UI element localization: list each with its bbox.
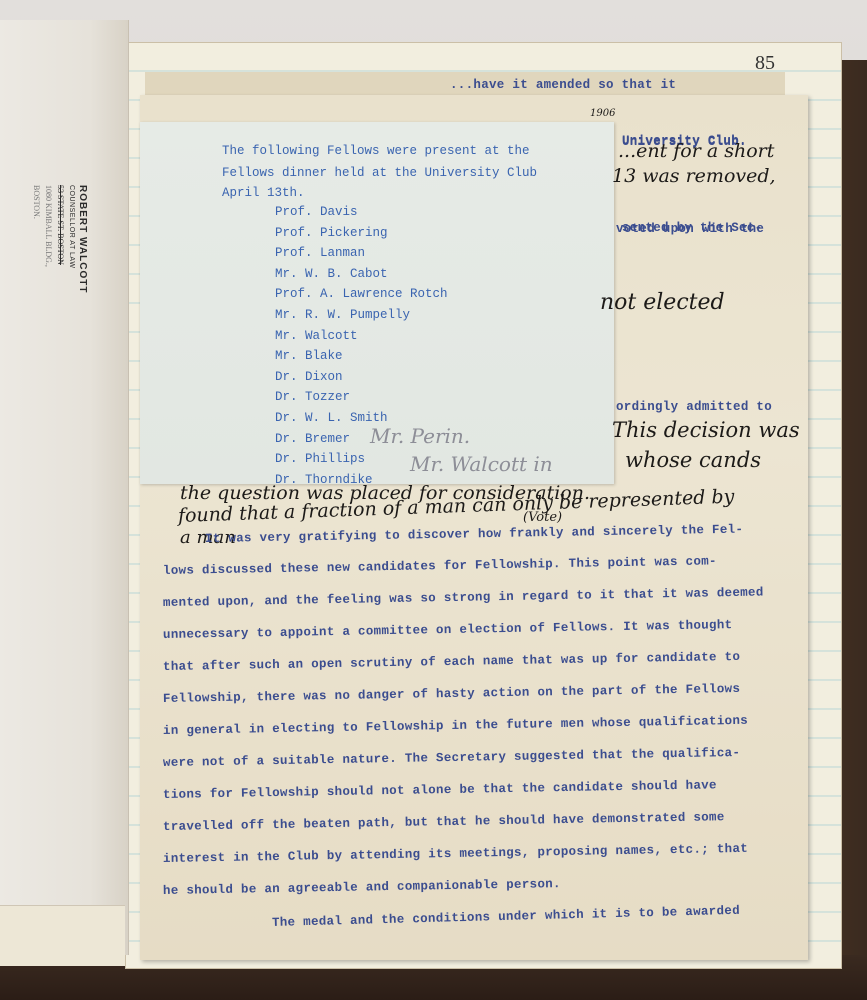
attendee: Dr. Dixon [275, 370, 448, 391]
handwritten-note: (Vote) [523, 510, 562, 525]
faint-handwriting: Mr. Perin. [370, 424, 470, 448]
letterhead-name: ROBERT WALCOTT [77, 185, 88, 345]
attendee-list: Prof. Davis Prof. Pickering Prof. Lanman… [275, 205, 448, 493]
letterhead-address: 1080 KIMBALL BLDG., [44, 185, 53, 345]
slip-intro-line: The following Fellows were present at th… [222, 144, 530, 158]
sheet-fragment: voted upon with the [616, 222, 764, 236]
torn-strip-text: ...have it amended so that it [450, 78, 676, 92]
attendee: Mr. R. W. Pumpelly [275, 308, 448, 329]
year-annotation: 1906 [590, 108, 615, 119]
slip-intro-line: Fellows dinner held at the University Cl… [222, 166, 537, 180]
attendee: Prof. Pickering [275, 226, 448, 247]
handwritten-note: whose cands [625, 448, 761, 472]
handwritten-note: ...ent for a short [618, 140, 774, 162]
faint-handwriting: Mr. Walcott in [410, 452, 553, 476]
letterhead: ROBERT WALCOTT COUNSELLOR AT LAW 53 STAT… [18, 185, 88, 345]
attendee: Prof. Lanman [275, 246, 448, 267]
ledger-lower-edge [0, 905, 125, 966]
attendee: Mr. Blake [275, 349, 448, 370]
letterhead-page: ROBERT WALCOTT COUNSELLOR AT LAW 53 STAT… [0, 20, 129, 955]
handwritten-not-elected: not elected [600, 290, 725, 315]
sheet-fragment: ordingly admitted to [616, 400, 772, 414]
attendee: Mr. Walcott [275, 329, 448, 350]
letterhead-old-address: 53 STATE ST. BOSTON [56, 185, 65, 345]
handwritten-note: This decision was [612, 418, 800, 442]
letterhead-city: BOSTON. [32, 185, 41, 345]
attendee: Mr. W. B. Cabot [275, 267, 448, 288]
attendee: Prof. Davis [275, 205, 448, 226]
letterhead-title: COUNSELLOR AT LAW [68, 185, 75, 345]
attendance-slip: The following Fellows were present at th… [140, 122, 614, 484]
attendee: Dr. Tozzer [275, 390, 448, 411]
attendee: Prof. A. Lawrence Rotch [275, 287, 448, 308]
handwritten-note: 13 was removed, [612, 165, 776, 187]
slip-intro-line: April 13th. [222, 186, 305, 200]
